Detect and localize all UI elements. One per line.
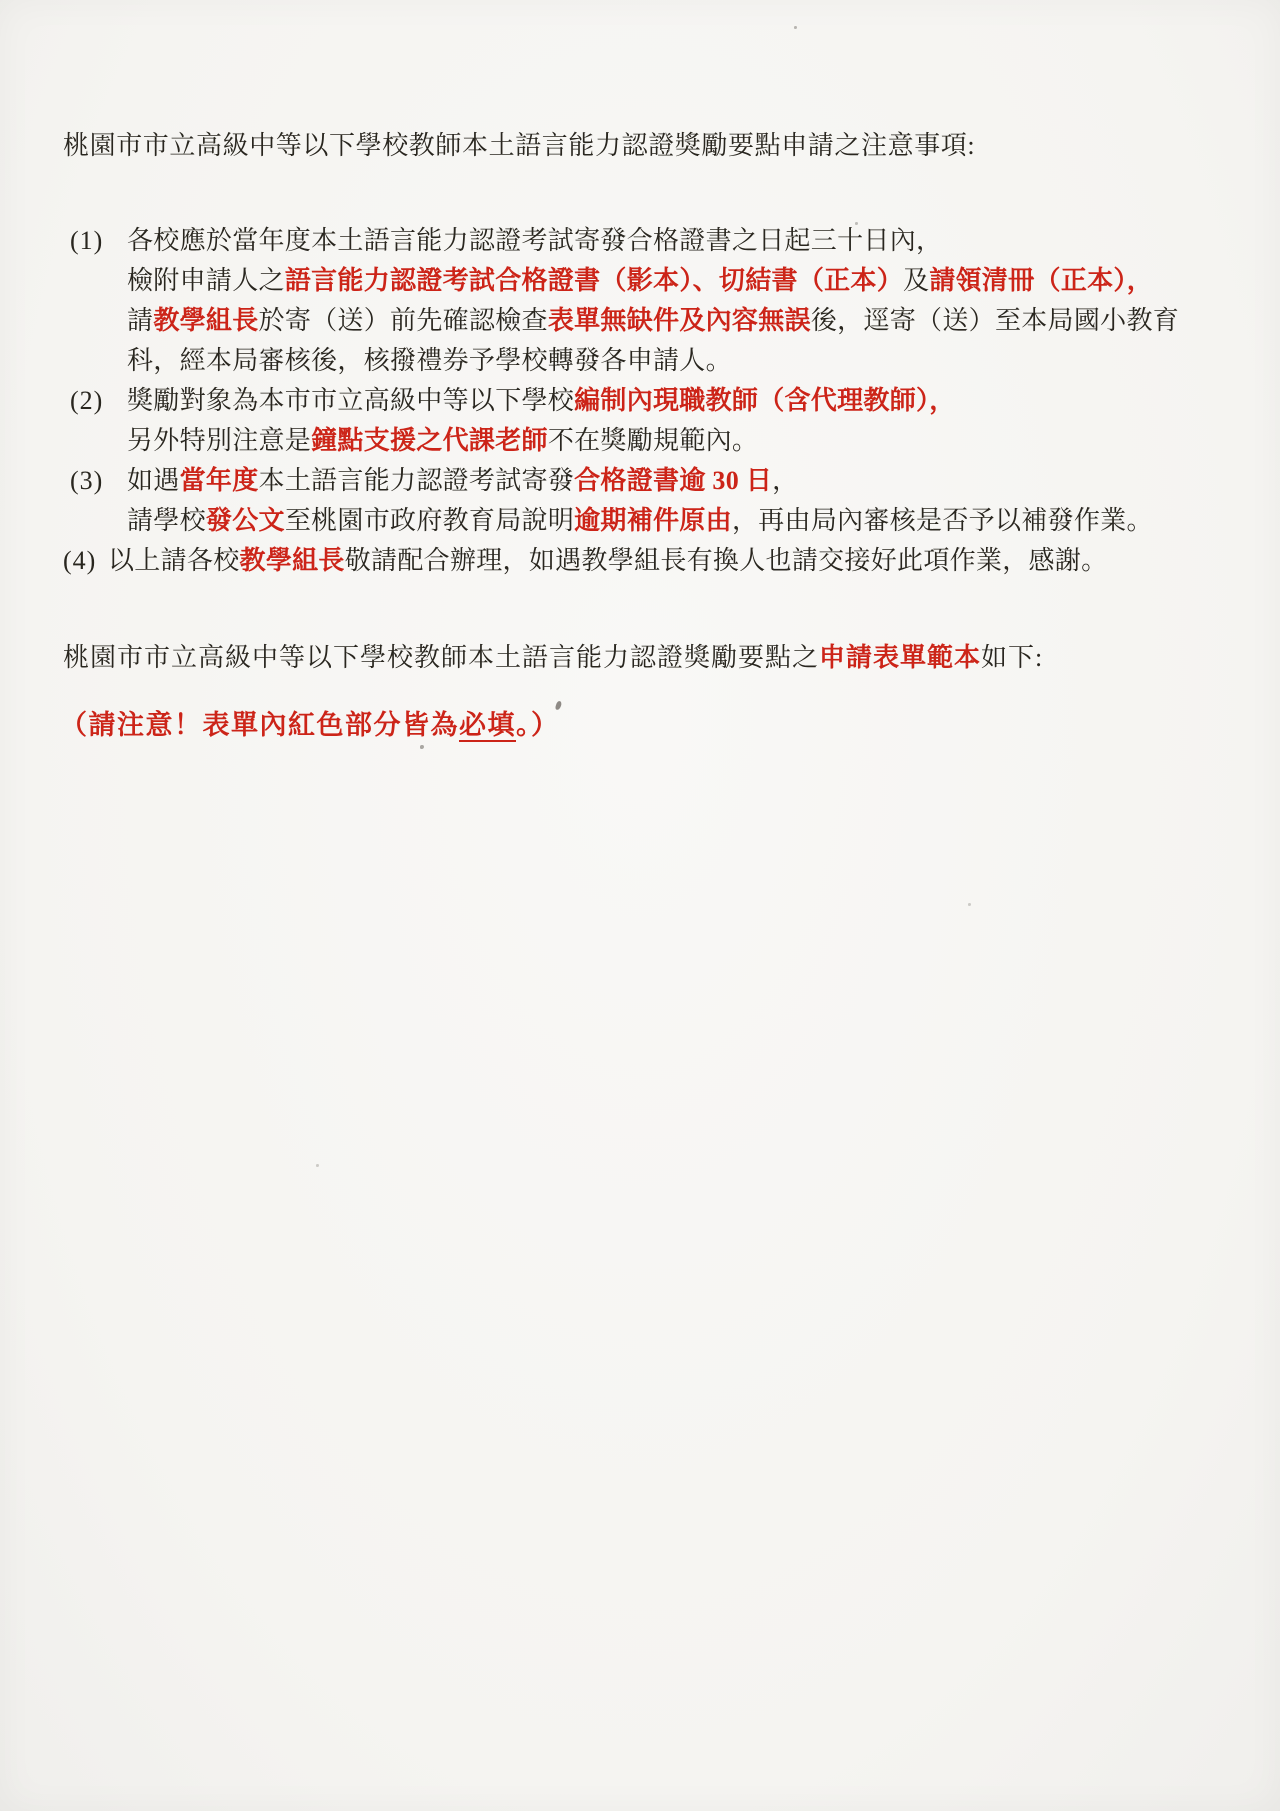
text-run: 教學組長: [240, 546, 345, 575]
text-run: 申請表單範本: [819, 643, 981, 672]
text-run: 合格證書逾 30 日: [574, 466, 772, 495]
text-run: 另外特別注意是: [127, 426, 311, 455]
text-run: 鐘點支援之代課老師: [311, 426, 548, 455]
text-run: 請注意！表單內紅色部分皆為: [89, 710, 460, 740]
text-run: 如下:: [981, 643, 1043, 672]
form-sample-heading: 桃園市市立高級中等以下學校教師本土語言能力認證獎勵要點之申請表單範本如下:: [63, 638, 1260, 678]
text-run: 於寄（送）前先確認檢查: [259, 306, 548, 335]
text-run: ，: [772, 466, 798, 495]
text-line: 另外特別注意是鐘點支援之代課老師不在獎勵規範內。: [127, 421, 1260, 461]
text-run: 請學校: [127, 506, 206, 535]
text-run: 請: [127, 306, 153, 335]
text-run: 教學組長: [153, 306, 258, 335]
text-run: （: [60, 710, 89, 740]
item-number: (3): [70, 461, 127, 501]
required-fields-note: （請注意！表單內紅色部分皆為必填。）: [60, 704, 560, 746]
text-run: 表單無缺件及內容無誤: [548, 306, 811, 335]
notice-item: (4)以上請各校教學組長敬請配合辦理，如遇教學組長有換人也請交接好此項作業，感謝…: [63, 541, 1260, 581]
notice-item: (3)如遇當年度本土語言能力認證考試寄發合格證書逾 30 日，請學校發公文至桃園…: [70, 461, 1260, 541]
scan-speck: [794, 26, 797, 29]
text-run: 。）: [516, 710, 560, 740]
notice-item: (1)各校應於當年度本土語言能力認證考試寄發合格證書之日起三十日內，檢附申請人之…: [70, 221, 1260, 381]
text-run: 發公文: [206, 506, 285, 535]
item-content: 各校應於當年度本土語言能力認證考試寄發合格證書之日起三十日內，檢附申請人之語言能…: [127, 221, 1260, 381]
text-line: 獎勵對象為本市市立高級中等以下學校編制內現職教師（含代理教師），: [127, 381, 1260, 421]
item-number: (4): [63, 541, 108, 581]
item-content: 以上請各校教學組長敬請配合辦理，如遇教學組長有換人也請交接好此項作業，感謝。: [108, 541, 1260, 581]
text-run: 必填: [459, 710, 516, 740]
text-line: 檢附申請人之語言能力認證考試合格證書（影本）、切結書（正本）及請領清冊（正本），: [127, 261, 1260, 301]
text-run: 當年度: [180, 466, 259, 495]
scanned-document-page: 桃園市市立高級中等以下學校教師本土語言能力認證獎勵要點申請之注意事項: (1)各…: [0, 0, 1280, 1811]
text-run: 至桃園市政府教育局說明: [285, 506, 574, 535]
item-content: 獎勵對象為本市市立高級中等以下學校編制內現職教師（含代理教師），另外特別注意是鐘…: [127, 381, 1260, 461]
scan-speck: [555, 700, 563, 710]
scan-speck: [420, 745, 424, 749]
text-run: 敬請配合辦理，如遇教學組長有換人也請交接好此項作業，感謝。: [345, 546, 1108, 575]
text-run: 如遇: [127, 466, 180, 495]
text-line: 如遇當年度本土語言能力認證考試寄發合格證書逾 30 日，: [127, 461, 1260, 501]
text-run: 檢附申請人之: [127, 266, 285, 295]
item-number: (2): [70, 381, 127, 421]
text-run: 以上請各校: [108, 546, 240, 575]
item-content: 如遇當年度本土語言能力認證考試寄發合格證書逾 30 日，請學校發公文至桃園市政府…: [127, 461, 1260, 541]
text-run: 各校應於當年度本土語言能力認證考試寄發合格證書之日起三十日內，: [127, 226, 942, 255]
scan-speck: [968, 903, 971, 906]
text-line: 各校應於當年度本土語言能力認證考試寄發合格證書之日起三十日內，: [127, 221, 1260, 261]
text-run: 及: [903, 266, 929, 295]
text-run: 編制內現職教師（含代理教師），: [574, 386, 956, 415]
text-line: 請學校發公文至桃園市政府教育局說明逾期補件原由，再由局內審核是否予以補發作業。: [127, 501, 1260, 541]
text-run: 科，經本局審核後，核撥禮券予學校轉發各申請人。: [127, 346, 732, 375]
text-run: 獎勵對象為本市市立高級中等以下學校: [127, 386, 574, 415]
scan-speck: [316, 1164, 319, 1167]
text-line: 科，經本局審核後，核撥禮券予學校轉發各申請人。: [127, 341, 1260, 381]
notice-item: (2)獎勵對象為本市市立高級中等以下學校編制內現職教師（含代理教師），另外特別注…: [70, 381, 1260, 461]
text-run: 逾期補件原由: [574, 506, 732, 535]
item-number: (1): [70, 221, 127, 261]
text-run: 桃園市市立高級中等以下學校教師本土語言能力認證獎勵要點之: [63, 643, 819, 672]
notice-list: (1)各校應於當年度本土語言能力認證考試寄發合格證書之日起三十日內，檢附申請人之…: [70, 221, 1260, 581]
text-line: 請教學組長於寄（送）前先確認檢查表單無缺件及內容無誤後，逕寄（送）至本局國小教育: [127, 301, 1260, 341]
text-run: 語言能力認證考試合格證書（影本）、切結書（正本）: [285, 266, 903, 295]
notice-title: 桃園市市立高級中等以下學校教師本土語言能力認證獎勵要點申請之注意事項:: [63, 126, 1250, 166]
text-run: 請領清冊（正本），: [929, 266, 1153, 295]
text-run: 後，逕寄（送）至本局國小教育: [811, 306, 1179, 335]
text-run: 不在獎勵規範內。: [548, 426, 758, 455]
text-line: 以上請各校教學組長敬請配合辦理，如遇教學組長有換人也請交接好此項作業，感謝。: [108, 541, 1260, 581]
text-run: 本土語言能力認證考試寄發: [259, 466, 575, 495]
text-run: ，再由局內審核是否予以補發作業。: [732, 506, 1153, 535]
